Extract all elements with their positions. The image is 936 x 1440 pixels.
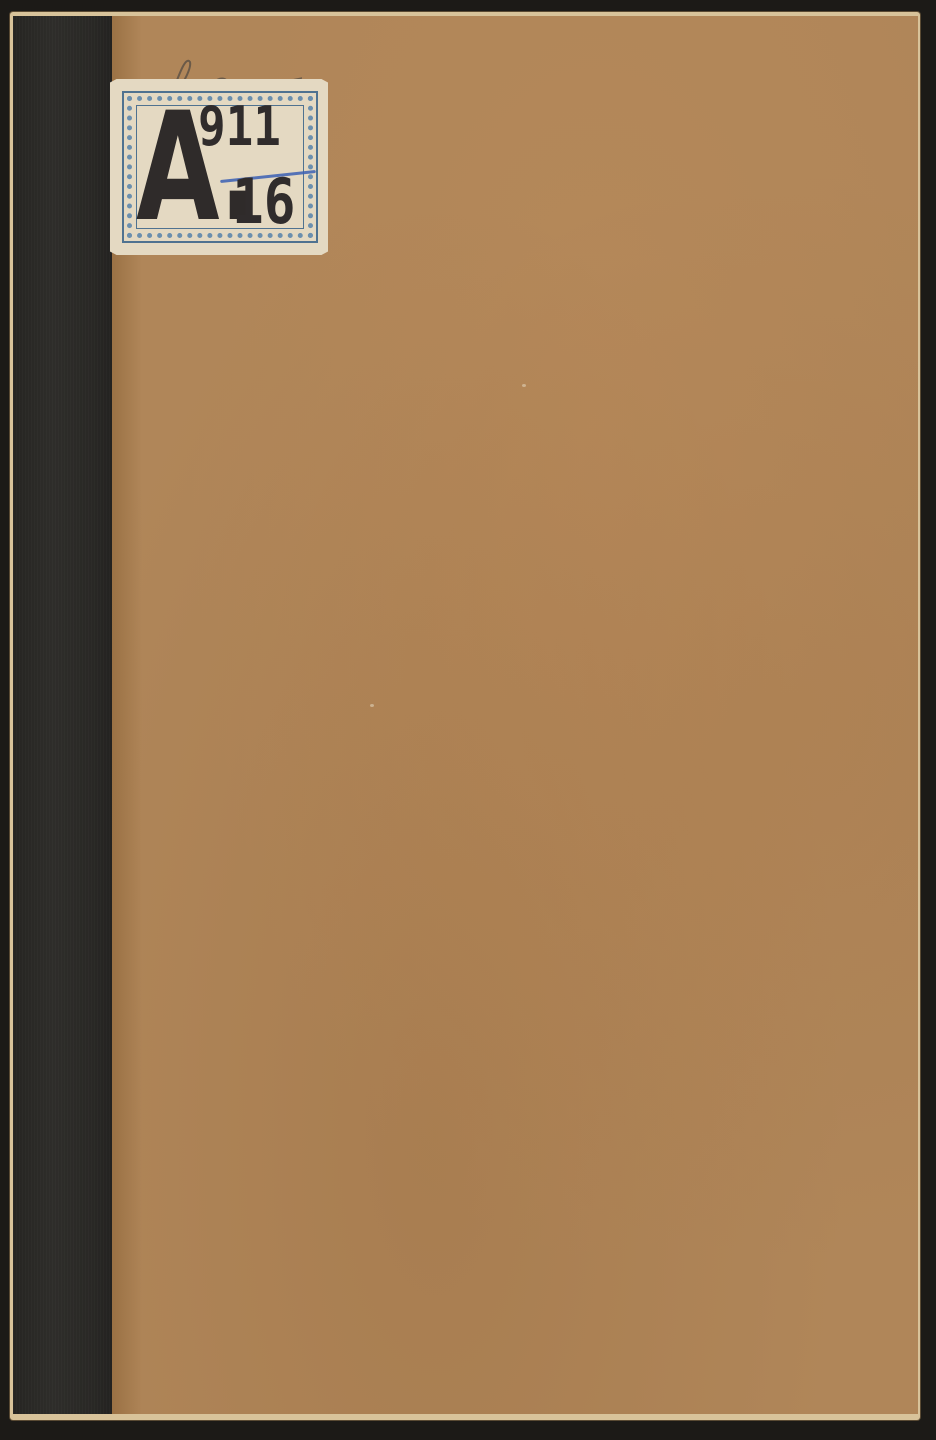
speck <box>370 704 374 707</box>
book-spine <box>13 16 113 1414</box>
label-number-bottom: 16 <box>232 167 295 237</box>
speck <box>522 384 526 387</box>
shelf-label: A. 911 16 <box>110 79 328 255</box>
label-number-top: 911 <box>198 97 281 157</box>
